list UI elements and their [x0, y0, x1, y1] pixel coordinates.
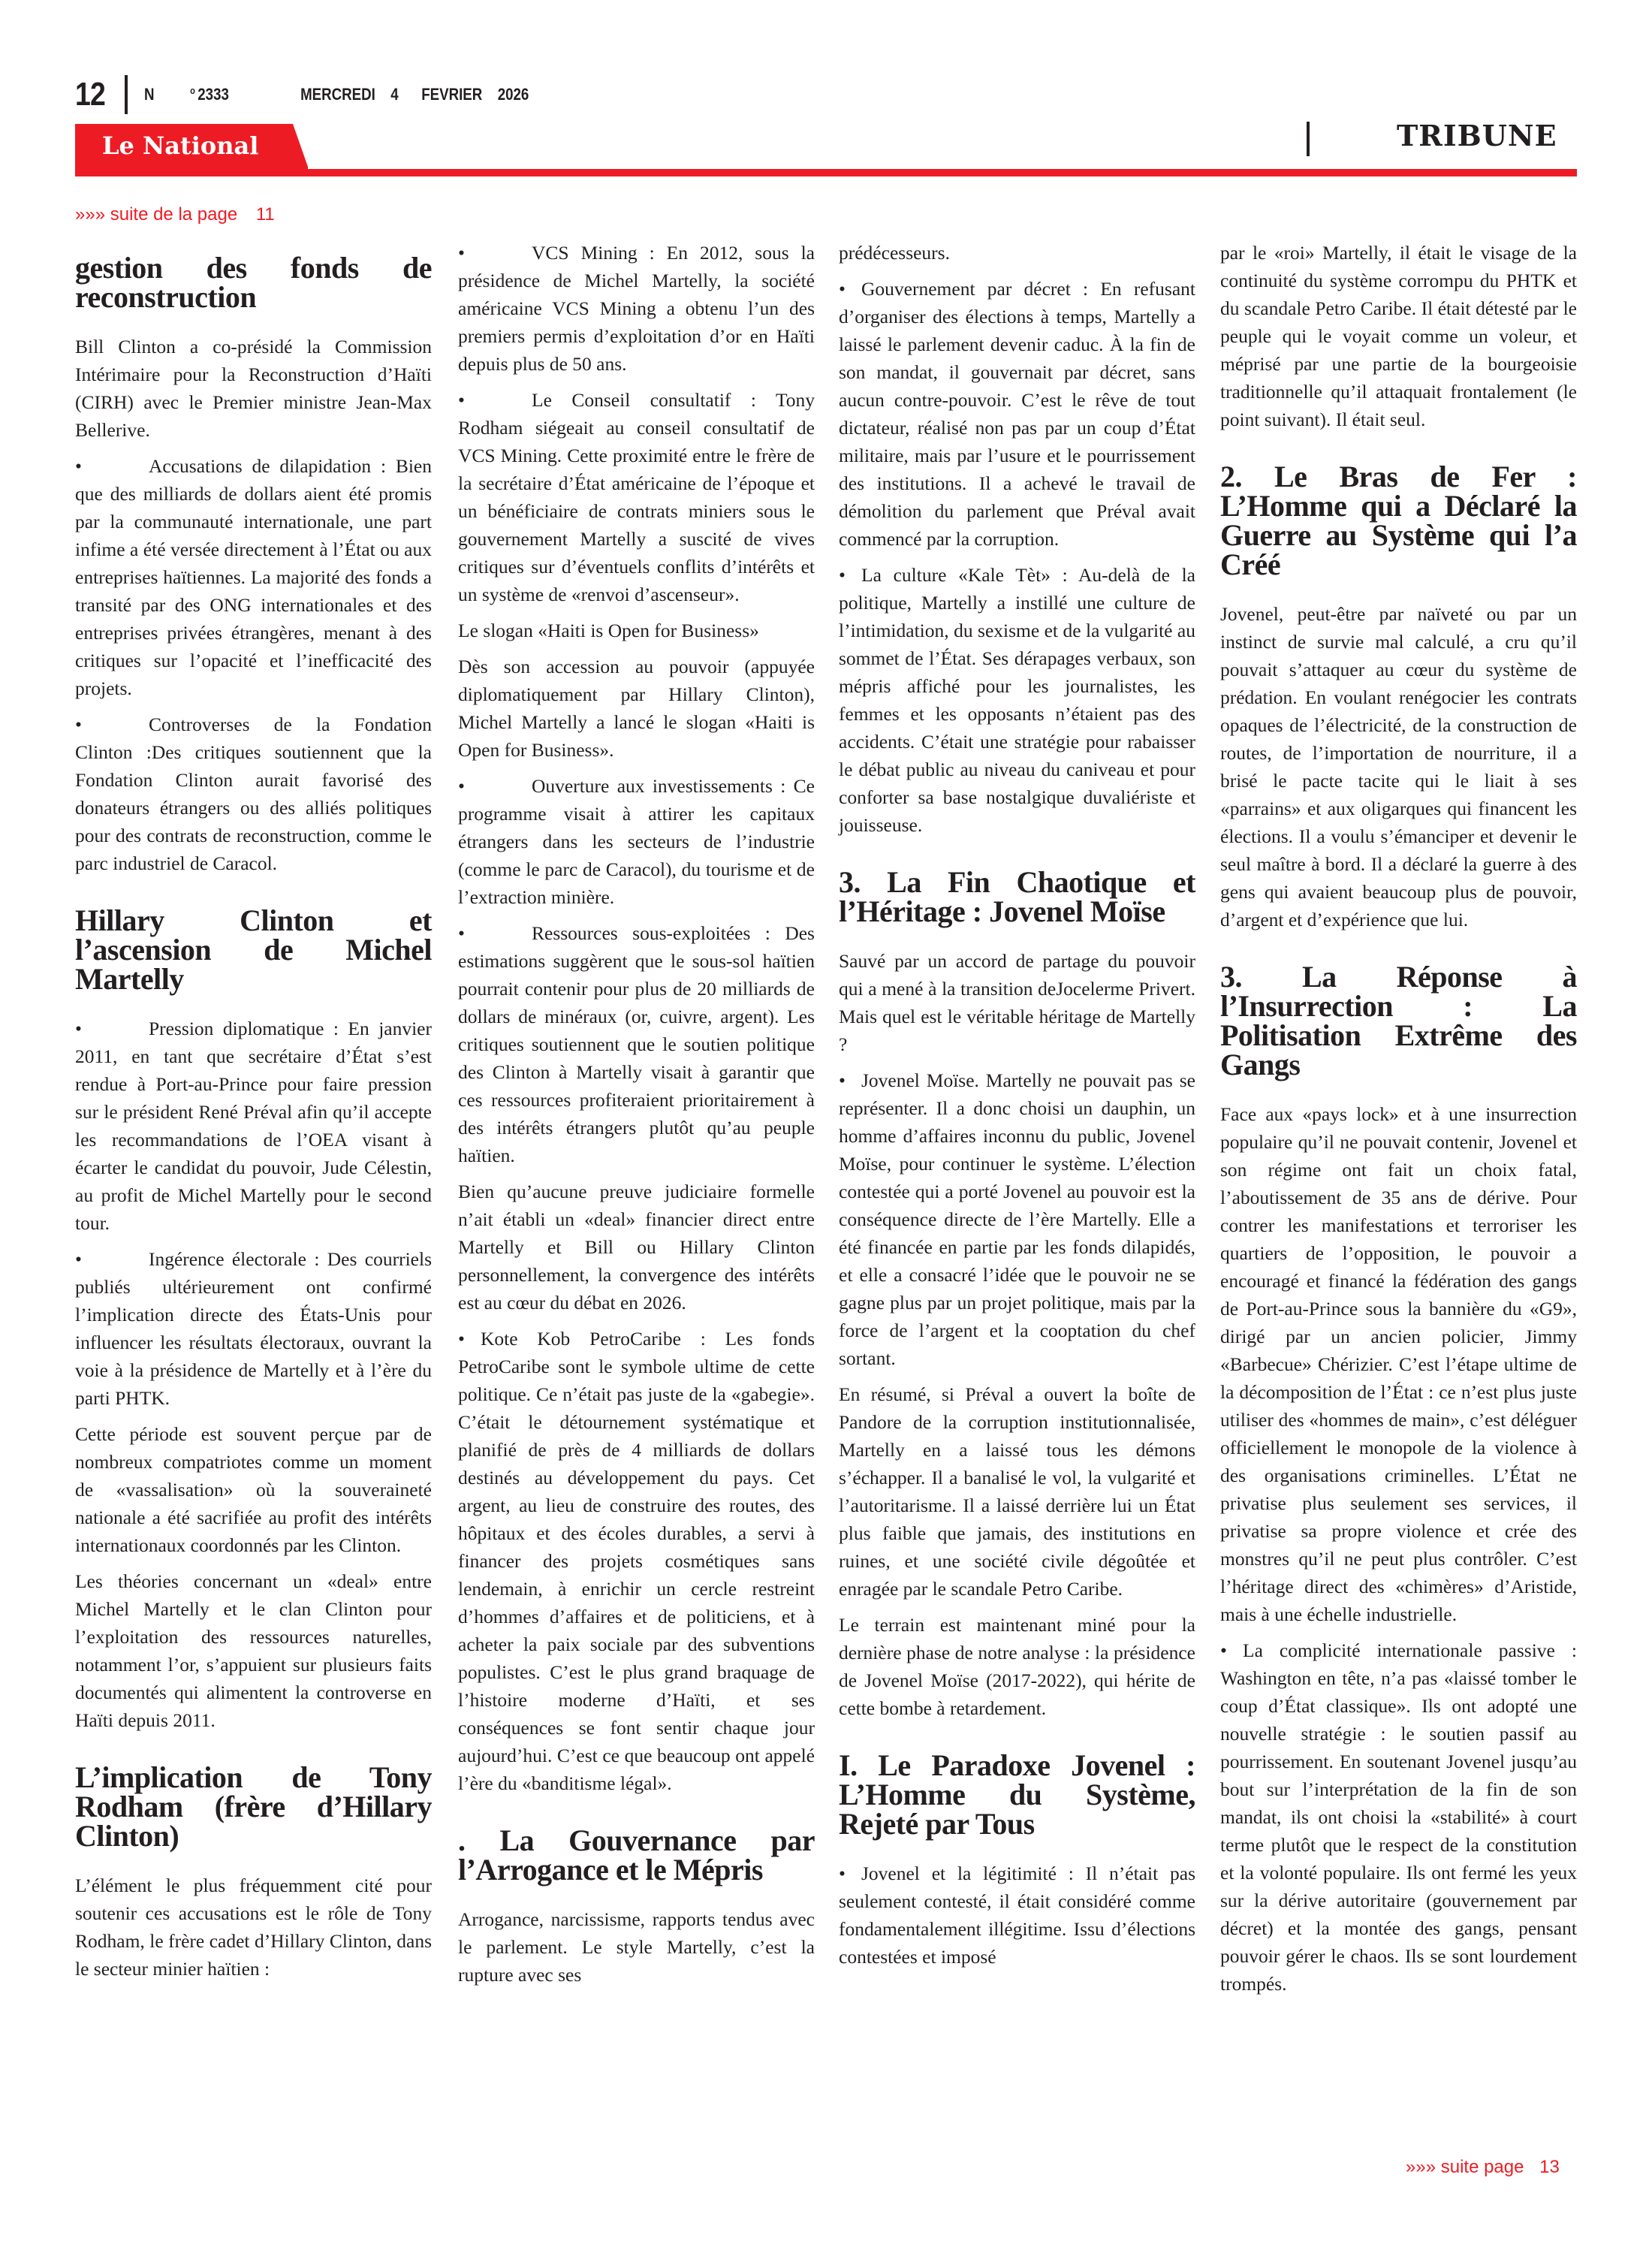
header-divider	[125, 75, 128, 114]
bullet-paragraph: Gouvernement par décret : En refusant d’…	[839, 275, 1195, 553]
paragraph: L’élément le plus fréquemment cité pour …	[75, 1871, 432, 1983]
continued-on-page: 13	[1539, 2157, 1560, 2177]
bullet-paragraph: Ingérence électorale : Des courriels pub…	[75, 1245, 432, 1412]
bullet-paragraph: Ouverture aux investissements : Ce progr…	[458, 772, 815, 911]
paragraph: Dès son accession au pouvoir (appuyée di…	[458, 653, 815, 764]
issue-date-line: No2333 MERCREDI 4 FEVRIER 2026	[144, 85, 565, 104]
month: FEVRIER	[421, 85, 482, 104]
paragraph: Les théories concernant un «deal» entre …	[75, 1567, 432, 1734]
bullet-paragraph: Jovenel et la légitimité : Il n’était pa…	[839, 1859, 1195, 1971]
article-column-4: par le «roi» Martelly, il était le visag…	[1220, 239, 1577, 2006]
paragraph: Face aux «pays lock» et à une insurrecti…	[1220, 1100, 1577, 1628]
subheading: 3. La Réponse à l’Insurrection : La Poli…	[1220, 962, 1577, 1079]
bullet-paragraph: VCS Mining : En 2012, sous la présidence…	[458, 239, 815, 378]
year: 2026	[498, 85, 529, 104]
subheading: 2. Le Bras de Fer : L’Homme qui a Déclar…	[1220, 462, 1577, 579]
subheading: 3. La Fin Chaotique et l’Héritage : Jove…	[839, 867, 1195, 926]
page-number: 12	[75, 76, 115, 113]
section-divider	[1307, 122, 1310, 156]
continued-from: »»» suite de la page 11	[75, 204, 275, 225]
paragraph: Bien qu’aucune preuve judiciaire formell…	[458, 1178, 815, 1317]
subheading: gestion des fonds de reconstruction	[75, 253, 432, 312]
arrows-icon: »»»	[1406, 2157, 1436, 2177]
paragraph: Arrogance, narcissisme, rapports tendus …	[458, 1905, 815, 1989]
paragraph: Bill Clinton a co-présidé la Commission …	[75, 333, 432, 444]
bullet-paragraph: La culture «Kale Tèt» : Au-delà de la po…	[839, 561, 1195, 839]
subheading: I. Le Paradoxe Jovenel : L’Homme du Syst…	[839, 1751, 1195, 1838]
bullet-paragraph: Jovenel Moïse. Martelly ne pouvait pas s…	[839, 1066, 1195, 1372]
weekday: MERCREDI	[300, 85, 375, 104]
brand-logo: Le National	[102, 131, 258, 160]
paragraph: Jovenel, peut-être par naïveté ou par un…	[1220, 600, 1577, 933]
bullet-paragraph: Pression diplomatique : En janvier 2011,…	[75, 1015, 432, 1237]
subheading: L’implication de Tony Rodham (frère d’Hi…	[75, 1763, 432, 1850]
bullet-paragraph: Le Conseil consultatif : Tony Rodham sié…	[458, 386, 815, 608]
paragraph: Le terrain est maintenant miné pour la d…	[839, 1611, 1195, 1722]
paragraph: Cette période est souvent perçue par de …	[75, 1420, 432, 1559]
arrows-icon: »»»	[75, 204, 105, 225]
subheading: Hillary Clinton et l’ascension de Michel…	[75, 906, 432, 994]
bullet-paragraph: Controverses de la Fondation Clinton :De…	[75, 710, 432, 877]
day-number: 4	[390, 85, 398, 104]
paragraph: par le «roi» Martelly, il était le visag…	[1220, 239, 1577, 433]
article-column-1: gestion des fonds de reconstruction Bill…	[75, 244, 432, 1991]
article-column-3: prédécesseurs. Gouvernement par décret :…	[839, 239, 1195, 1979]
bullet-paragraph: La complicité internationale passive : W…	[1220, 1636, 1577, 1998]
paragraph: Le slogan «Haiti is Open for Business»	[458, 617, 815, 644]
header-rule	[75, 169, 1577, 176]
subheading: . La Gouvernance par l’Arrogance et le M…	[458, 1826, 815, 1884]
article-column-2: VCS Mining : En 2012, sous la présidence…	[458, 239, 815, 1997]
issue-number: No2333	[144, 85, 264, 104]
paragraph: Sauvé par un accord de partage du pouvoi…	[839, 947, 1195, 1058]
bullet-paragraph: Accusations de dilapidation : Bien que d…	[75, 452, 432, 702]
paragraph: En résumé, si Préval a ouvert la boîte d…	[839, 1380, 1195, 1603]
bullet-paragraph: Ressources sous-exploitées : Des estimat…	[458, 919, 815, 1169]
continued-from-page: 11	[256, 204, 275, 225]
bullet-paragraph: Kote Kob PetroCaribe : Les fonds PetroCa…	[458, 1325, 815, 1797]
page-header: 12 No2333 MERCREDI 4 FEVRIER 2026	[75, 74, 639, 116]
continued-on: »»» suite page 13	[1406, 2157, 1560, 2178]
paragraph: prédécesseurs.	[839, 239, 1195, 267]
section-label: TRIBUNE	[1397, 119, 1557, 152]
